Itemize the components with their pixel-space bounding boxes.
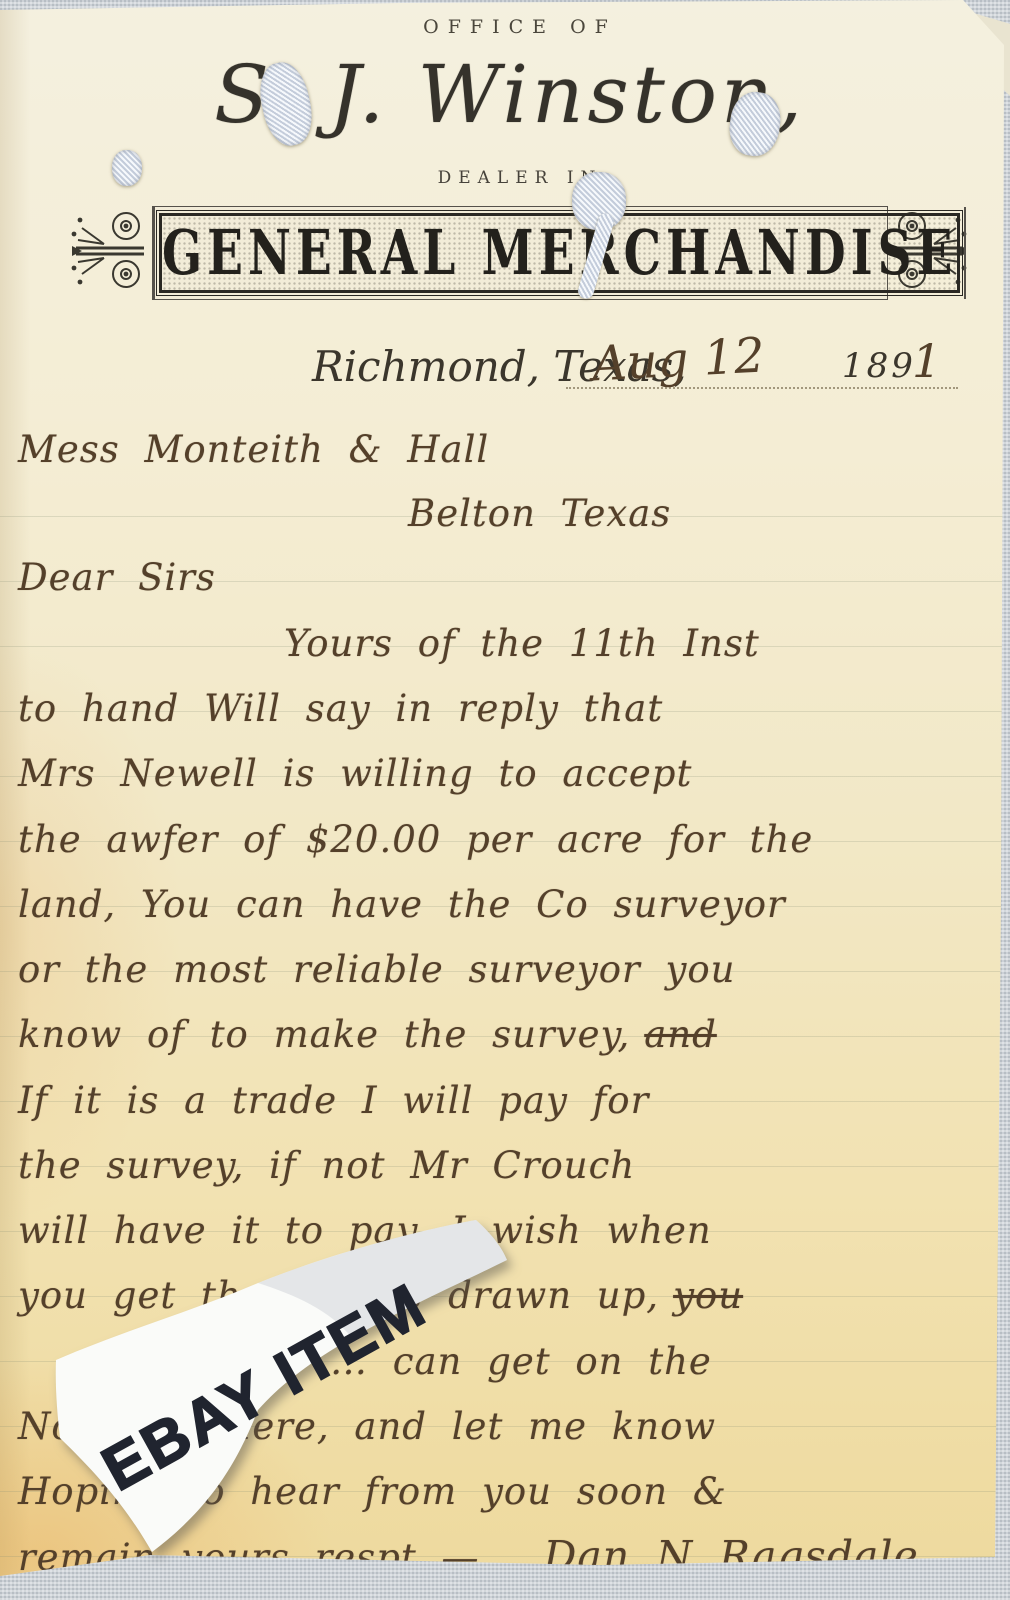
office-of-label: OFFICE OF — [0, 16, 1010, 38]
flourish-ornament-left — [70, 200, 150, 300]
body-line: will have it to pay, I wish when — [18, 1209, 998, 1252]
paper-hole — [112, 150, 142, 186]
merchandise-banner: GENERAL MERCHANDISE — [152, 206, 888, 300]
salutation: Dear Sirs — [18, 556, 998, 599]
body-line: to hand Will say in reply that — [18, 687, 998, 730]
body-line: the awfer of $20.00 per acre for the — [18, 818, 998, 861]
body-line: If it is a trade I will pay for — [18, 1079, 998, 1122]
banner-box: GENERAL MERCHANDISE — [159, 213, 960, 293]
recipient-line-2: Belton Texas — [408, 492, 1010, 535]
banner-title: GENERAL MERCHANDISE — [162, 217, 957, 290]
recipient-line-1: Mess Monteith & Hall — [18, 428, 998, 471]
proprietor-name: S. J. Winston, — [0, 48, 1010, 141]
signature: Dan N Ragsdale — [543, 1532, 918, 1580]
body-line: Mrs Newell is willing to accept — [18, 752, 998, 795]
dealer-in-label: DEALER IN — [0, 168, 1010, 188]
banner-hatch-left — [153, 207, 155, 299]
body-line: know of to make the survey,and — [18, 1013, 998, 1056]
date-handwritten: Aug 12 — [591, 328, 766, 393]
body-line: you get the papers drawn up,you — [18, 1274, 998, 1317]
banner-hatch-right — [964, 207, 966, 299]
body-line: No… up there, and let me know — [18, 1405, 998, 1448]
body-line: land, You can have the Co surveyor — [18, 883, 998, 926]
body-line-closing: remain yours respt —Dan N Ragsdale — [18, 1532, 998, 1580]
body-line: the survey, if not Mr Crouch — [18, 1144, 998, 1187]
body-line: or the most reliable surveyor you — [18, 948, 998, 991]
dateline: Richmond, Texas, Aug 12 189 1 — [0, 330, 1010, 400]
body-line: Hoping to hear from you soon & — [18, 1470, 998, 1513]
body-line: Yours of the 11th Inst — [284, 622, 1010, 665]
photo-stage: OFFICE OF S. J. Winston, DEALER IN — [0, 0, 1010, 1600]
year-printed: 189 — [842, 346, 916, 386]
body-line: … can get on the — [330, 1340, 1010, 1383]
year-handwritten-digit: 1 — [912, 334, 941, 388]
letter-paper: OFFICE OF S. J. Winston, DEALER IN — [0, 0, 1010, 1600]
